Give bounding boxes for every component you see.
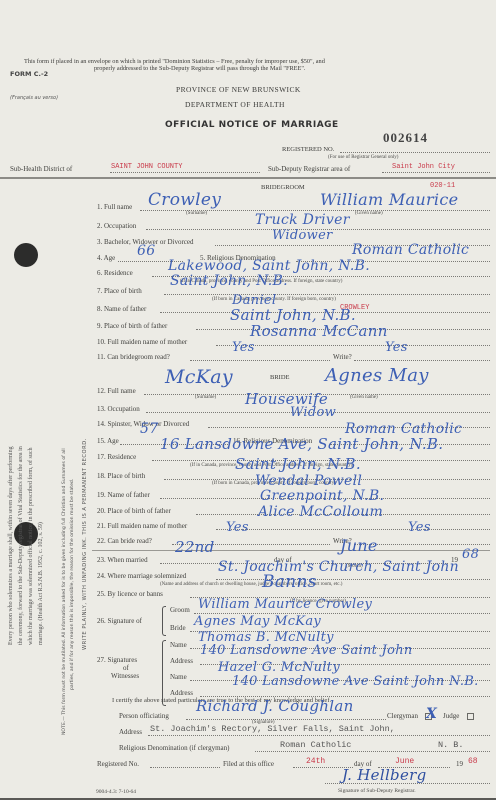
bride-read-label: 22. Can bride read? — [97, 537, 152, 545]
mail-notice-line2: properly addressed to the Sub-Deputy Reg… — [94, 65, 306, 72]
bride-mother-field[interactable] — [216, 529, 490, 530]
filing-registered-field[interactable] — [150, 767, 220, 768]
bride-mother-label: 21. Full maiden name of mother — [97, 522, 187, 530]
judge-checkbox[interactable] — [467, 713, 474, 720]
bride-signature-label: Bride — [170, 624, 186, 632]
witness2-name-label: Name — [170, 673, 187, 681]
bride-birthplace-label: 18. Place of birth — [97, 472, 145, 480]
mail-notice-line1: This form if placed in an envelope on wh… — [24, 58, 325, 65]
clergyman-label: Clergyman — [387, 712, 418, 720]
bride-residence-label: 17. Residence — [97, 453, 136, 461]
bride-heading: BRIDE — [270, 374, 290, 381]
groom-residence-value: Lakewood, Saint John, N.B. — [168, 258, 370, 274]
groom-birthplace-field[interactable] — [164, 294, 490, 295]
print-code: 9004-4.3: 7-10-64 — [96, 789, 136, 795]
officiant-address-line2: N. B. — [438, 740, 464, 750]
groom-father-label: 8. Name of father — [97, 305, 146, 313]
bride-divider — [92, 550, 490, 551]
filed-day-value: 24th — [306, 757, 325, 766]
officiating-label: Person officiating — [119, 712, 169, 720]
where-married-value: St. Joachim's Church, Saint John — [218, 559, 459, 575]
married-month-value: June — [340, 536, 378, 555]
side-statute-line3: which the marriage was solemnized offici… — [28, 448, 34, 646]
groom-mother-value: Rosanna McCann — [250, 322, 388, 340]
bride-father-value: Wendal Powell — [255, 473, 362, 489]
clergyman-check-mark: X — [426, 706, 437, 722]
groom-signature-label: Groom — [170, 606, 190, 614]
groom-read-label: 11. Can bridegroom read? — [97, 353, 170, 361]
punch-hole-top — [14, 243, 38, 267]
serial-number: 002614 — [383, 130, 428, 146]
bridegroom-code: 020-11 — [430, 182, 455, 190]
licence-banns-label: 25. By licence or banns — [97, 590, 163, 598]
bride-marital-value: Widow — [290, 405, 336, 420]
sub-deputy-label: Sub-Deputy Registrar area of — [268, 165, 350, 173]
groom-mother-label: 10. Full maiden name of mother — [97, 338, 187, 346]
witnesses-label-line2: of — [123, 664, 129, 672]
bride-write-value: Yes — [408, 520, 431, 535]
officiating-value: Richard J. Coughlan — [196, 697, 354, 715]
groom-write-field[interactable] — [354, 360, 490, 361]
witness1-address-label: Address — [170, 657, 193, 665]
witness2-address-value: 140 Lansdowne Ave Saint John N.B. — [232, 674, 479, 689]
department-heading: DEPARTMENT OF HEALTH — [185, 100, 285, 109]
groom-read-field[interactable] — [190, 360, 330, 361]
side-write-plainly: WRITE PLAINLY, WITH UNFADING INK. THIS I… — [82, 438, 88, 650]
filed-year-value: 68 — [468, 757, 478, 766]
bride-given-sub: (Given name) — [350, 395, 378, 400]
bride-occupation-label: 13. Occupation — [97, 405, 140, 413]
bridegroom-heading: BRIDEGROOM — [261, 184, 305, 191]
signature-brace — [162, 606, 166, 636]
marriage-notice-form: This form if placed in an envelope on wh… — [0, 0, 496, 800]
officiant-address-label: Address — [119, 728, 142, 736]
groom-given-value: William Maurice — [320, 190, 458, 209]
witness1-name-label: Name — [170, 641, 187, 649]
bride-father-birthplace-value: Greenpoint, N.B. — [260, 488, 384, 504]
bride-birthplace-value: Saint John, N.B. — [235, 455, 361, 473]
french-note: (Français au verso) — [10, 95, 58, 101]
witness1-address-value: 140 Lansdowne Ave Saint John — [200, 643, 413, 658]
witnesses-label-line1: 27. Signatures — [97, 656, 137, 664]
groom-read-value: Yes — [232, 340, 255, 355]
groom-fullname-label: 1. Full name — [97, 203, 132, 211]
groom-birthplace-value: Saint John, N.B. — [170, 273, 288, 289]
witness2-name-value: Hazel G. McNulty — [218, 660, 340, 675]
married-day-value: 22nd — [175, 538, 215, 556]
bride-father-label: 19. Name of father — [97, 491, 150, 499]
groom-occupation-label: 2. Occupation — [97, 222, 136, 230]
groom-birthplace-label: 7. Place of birth — [97, 287, 142, 295]
side-statute-line4: marriage. (Health Act R.S.N.B. 1952, c. … — [38, 522, 44, 645]
filed-month-value: June — [395, 757, 414, 766]
married-year-value: 68 — [462, 547, 479, 562]
where-married-label: 24. Where marriage solemnized — [97, 572, 186, 580]
side-statute-line1: Every person who solemnizes a marriage s… — [8, 446, 14, 645]
bride-given-value: Agnes May — [325, 365, 429, 386]
bride-surname-sub: (Surname) — [195, 395, 216, 400]
judge-label: Judge — [443, 712, 459, 720]
groom-religion-value: Roman Catholic — [352, 242, 469, 258]
bride-signature-value: Agnes May McKay — [194, 614, 321, 629]
registrar-signature-label: Signature of Sub-Deputy Registrar. — [338, 788, 416, 794]
officiating-field[interactable] — [186, 719, 386, 720]
bride-surname-value: McKay — [165, 366, 233, 388]
religion-clergyman-value: Roman Catholic — [280, 740, 351, 750]
header-divider — [0, 177, 496, 179]
sub-health-label: Sub-Health District of — [10, 165, 72, 173]
bride-read-value: Yes — [226, 520, 249, 535]
witnesses-label-line3: Witnesses — [111, 672, 139, 680]
groom-given-sub: (Given name) — [355, 211, 383, 216]
groom-occupation-value: Truck Driver — [255, 212, 350, 228]
filed-year-prefix: 19 — [456, 760, 463, 768]
sub-health-field[interactable] — [110, 172, 260, 173]
officiant-address-field[interactable] — [148, 735, 490, 736]
page-title: OFFICIAL NOTICE OF MARRIAGE — [165, 120, 339, 130]
officiant-address-value: St. Joachim's Rectory, Silver Falls, Sai… — [150, 724, 395, 734]
when-married-label: 23. When married — [97, 556, 148, 564]
witness2-address-label: Address — [170, 689, 193, 697]
licence-banns-value: Banns — [262, 572, 317, 592]
groom-father-birthplace-label: 9. Place of birth of father — [97, 322, 167, 330]
groom-residence-label: 6. Residence — [97, 269, 133, 277]
groom-signature-value: William Maurice Crowley — [198, 597, 372, 612]
side-note-line2: parties, and if for any reason this is i… — [70, 479, 75, 690]
sub-deputy-field[interactable] — [382, 172, 490, 173]
groom-surname-sub: (Surname) — [186, 211, 207, 216]
sub-deputy-value: Saint John City — [392, 163, 455, 171]
side-statute-line2: the ceremony, forward to the Sub-Deputy … — [18, 446, 24, 645]
sub-health-value: SAINT JOHN COUNTY — [111, 163, 182, 171]
groom-write-label: Write? — [333, 353, 352, 361]
signature-of-label: 26. Signature of — [97, 617, 142, 625]
groom-mother-field[interactable] — [216, 345, 490, 346]
side-note-line1: NOTE.— This form must not be mutilated. … — [62, 448, 67, 735]
registered-no-label: REGISTERED NO. — [282, 146, 334, 153]
bride-residence-value: 16 Lansdowne Ave, Saint John, N.B. — [160, 435, 443, 453]
registered-no-field[interactable] — [340, 152, 490, 153]
form-code: FORM C.-2 — [10, 70, 48, 78]
bride-fullname-label: 12. Full name — [97, 387, 136, 395]
groom-age-label: 4. Age — [97, 254, 115, 262]
registrar-signature-value: J. Hellberg — [342, 766, 427, 784]
bride-age-value: 57 — [140, 421, 158, 437]
registered-no-sub: (For use of Registrar General only) — [328, 155, 398, 160]
bride-father-birthplace-label: 20. Place of birth of father — [97, 507, 171, 515]
religion-clergyman-label: Religious Denomination (if clergyman) — [119, 744, 230, 752]
religion-clergyman-field[interactable] — [255, 751, 490, 752]
bride-age-label: 15. Age — [97, 437, 119, 445]
filed-at-label: Filed at this office — [223, 760, 274, 768]
groom-marital-value: Widower — [272, 228, 333, 243]
groom-surname-value: Crowley — [148, 190, 221, 210]
groom-write-value: Yes — [385, 340, 408, 355]
groom-age-value: 66 — [137, 243, 155, 259]
province-heading: PROVINCE OF NEW BRUNSWICK — [176, 85, 301, 94]
bride-mother-value: Alice McColloum — [258, 504, 383, 520]
filing-registered-label: Registered No. — [97, 760, 139, 768]
where-married-field[interactable] — [216, 579, 490, 580]
